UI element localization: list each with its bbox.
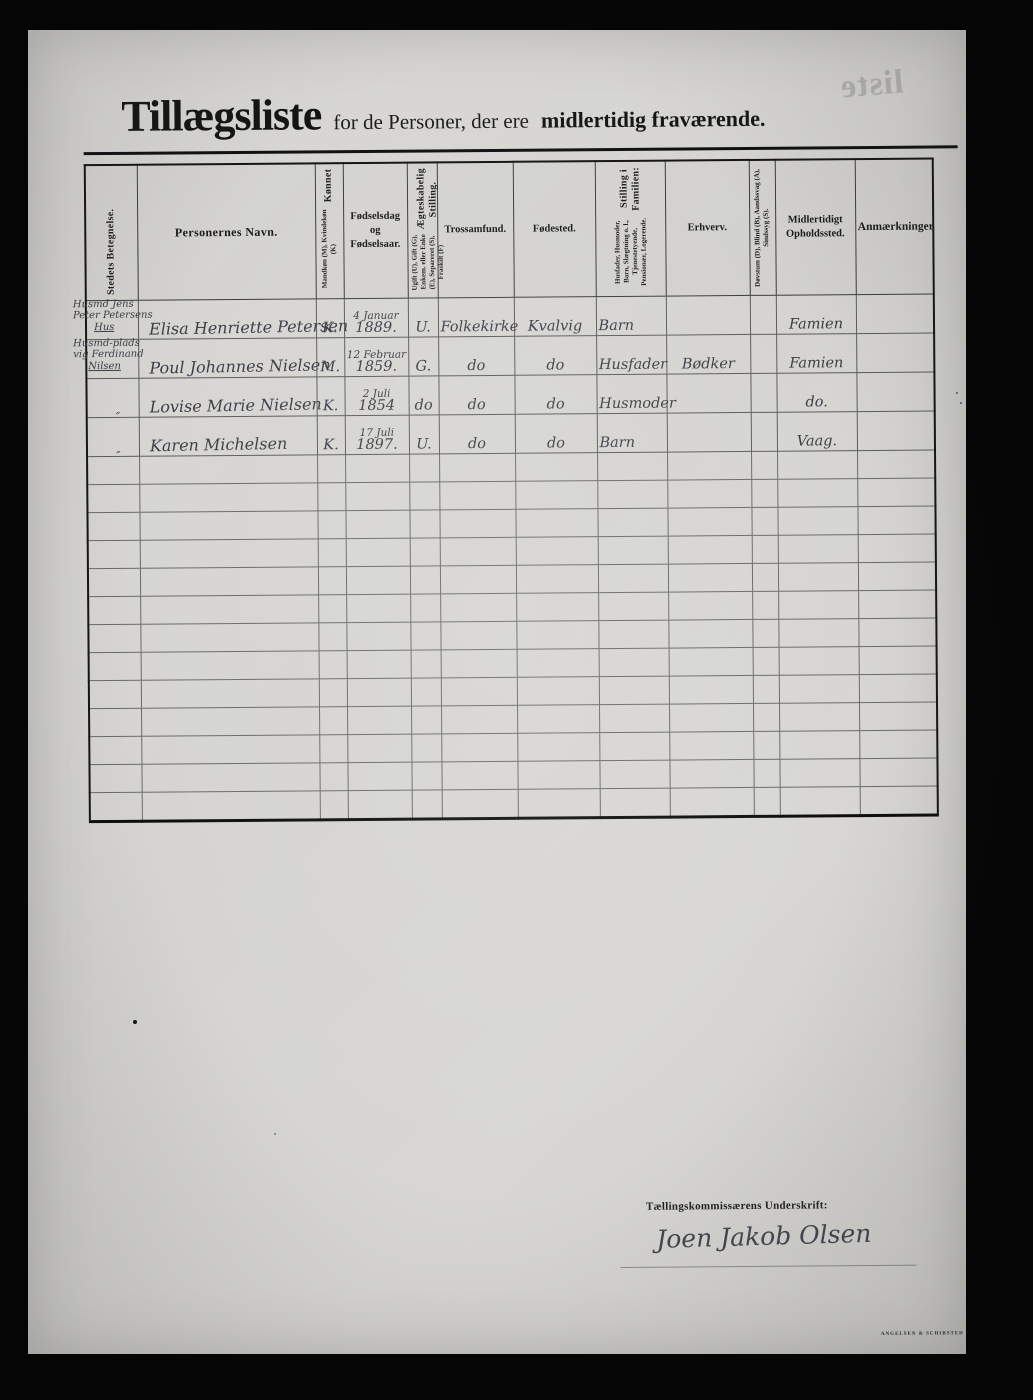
empty-cell-stilling: [598, 564, 668, 593]
empty-cell-fodested: [516, 593, 598, 622]
empty-cell-anm: [859, 730, 937, 759]
ink-dot: [960, 402, 962, 404]
column-header-dovstum: Døvstum (D), Blind (B), Aandssvag (A), S…: [749, 160, 776, 296]
empty-cell-stilling: [600, 788, 670, 818]
empty-cell-sted: [88, 568, 140, 596]
empty-cell-anm: [860, 786, 938, 816]
empty-cell-stilling: [597, 452, 667, 481]
empty-cell-navn: [140, 595, 318, 624]
empty-cell-fodested: [517, 649, 599, 678]
empty-cell-fodested: [515, 481, 597, 510]
signature-line: [620, 1265, 916, 1268]
page: liste Tillægsliste for de Personer, der …: [28, 30, 966, 1354]
empty-cell-kon: [318, 567, 346, 595]
empty-cell-fodt: [347, 650, 411, 679]
empty-cell-ophold: [778, 535, 858, 564]
cell-kon: K.: [316, 299, 344, 338]
cell-anm: [856, 333, 934, 373]
empty-cell-fodt: [345, 482, 409, 511]
empty-cell-erhverv: [669, 731, 753, 760]
empty-cell-ophold: [779, 703, 859, 732]
empty-cell-erhverv: [669, 759, 753, 788]
empty-cell-navn: [139, 483, 317, 512]
empty-cell-tro: [439, 453, 515, 482]
empty-cell-dovstum: [752, 535, 778, 563]
empty-cell-tro: [440, 593, 516, 622]
empty-cell-fodested: [517, 677, 599, 706]
cell-egteskab: U.: [409, 415, 439, 454]
empty-cell-erhverv: [670, 787, 754, 817]
empty-cell-egteskab: [411, 650, 441, 678]
empty-cell-stilling: [598, 620, 668, 649]
empty-cell-ophold: [779, 647, 859, 676]
empty-cell-erhverv: [668, 591, 752, 620]
empty-cell-ophold: [777, 479, 857, 508]
empty-cell-egteskab: [411, 762, 441, 790]
empty-cell-dovstum: [751, 479, 777, 507]
empty-cell-ophold: [779, 759, 859, 788]
empty-cell-stilling: [598, 592, 668, 621]
census-signature: Joen Jakob Olsen: [656, 1219, 872, 1254]
empty-cell-stilling: [599, 704, 669, 733]
cell-ophold: Vaag.: [777, 412, 857, 452]
empty-cell-stilling: [597, 508, 667, 537]
empty-cell-anm: [858, 618, 936, 647]
empty-cell-tro: [440, 537, 516, 566]
empty-cell-anm: [859, 674, 937, 703]
empty-cell-tro: [440, 565, 516, 594]
cell-fodested: do: [514, 375, 596, 415]
empty-cell-sted: [89, 736, 141, 764]
empty-cell-dovstum: [753, 759, 779, 787]
empty-cell-erhverv: [667, 451, 751, 480]
cell-fodested: Kvalvig: [514, 297, 596, 337]
empty-cell-fodested: [516, 621, 598, 650]
empty-cell-navn: [141, 763, 319, 792]
empty-cell-egteskab: [410, 538, 440, 566]
empty-cell-sted: [88, 540, 140, 568]
empty-cell-egteskab: [411, 706, 441, 734]
empty-cell-ophold: [777, 507, 857, 536]
cell-kon: K.: [316, 377, 344, 416]
column-header-anm: Anmærkninger: [855, 158, 934, 294]
empty-cell-tro: [441, 705, 517, 734]
empty-cell-sted: [89, 708, 141, 736]
empty-cell-egteskab: [409, 510, 439, 538]
cell-kon: M.: [316, 338, 344, 377]
empty-cell-dovstum: [752, 563, 778, 591]
empty-cell-dovstum: [751, 451, 777, 479]
ink-dot: [274, 1133, 276, 1135]
empty-cell-dovstum: [753, 675, 779, 703]
empty-cell-stilling: [599, 732, 669, 761]
cell-ophold: Famien: [776, 295, 856, 335]
empty-cell-fodested: [516, 565, 598, 594]
empty-cell-tro: [440, 621, 516, 650]
empty-cell-ophold: [778, 619, 858, 648]
cell-sted: ″: [86, 378, 138, 417]
cell-navn: Elisa Henriette Petersen: [138, 299, 316, 339]
empty-cell-anm: [857, 506, 935, 535]
cell-stilling: Husmoder: [596, 374, 666, 414]
empty-cell-egteskab: [411, 678, 441, 706]
empty-cell-stilling: [597, 480, 667, 509]
table-row: ″Lovise Marie NielsenK.2 Juli1854dododoH…: [86, 372, 934, 418]
cell-erhverv: Bødker: [666, 334, 750, 374]
empty-cell-stilling: [599, 760, 669, 789]
empty-cell-anm: [858, 534, 936, 563]
cell-ophold: do.: [776, 373, 856, 413]
empty-cell-fodt: [345, 510, 409, 539]
empty-cell-ophold: [779, 675, 859, 704]
empty-cell-kon: [317, 483, 345, 511]
empty-cell-erhverv: [667, 507, 751, 536]
cell-dovstum: [750, 373, 776, 412]
column-header-tro: Trossamfund.: [437, 162, 514, 298]
cell-dovstum: [751, 412, 777, 451]
empty-cell-egteskab: [412, 790, 442, 819]
column-header-fodt: FødselsdagogFødselsaar.: [343, 163, 408, 299]
empty-cell-sted: [88, 596, 140, 624]
empty-cell-tro: [441, 761, 517, 790]
empty-cell-dovstum: [751, 507, 777, 535]
empty-cell-sted: [87, 484, 139, 512]
title-main: Tillægsliste: [121, 89, 321, 142]
empty-cell-kon: [319, 679, 347, 707]
census-table: Stedets Betegnelse.Personernes Navn.Mand…: [84, 157, 939, 823]
signature-label: Tællingskommissærens Underskrift:: [646, 1199, 828, 1212]
cell-sted: Husmd JensPeter PetersensHus: [86, 300, 138, 339]
cell-navn: Lovise Marie Nielsen: [138, 377, 316, 417]
column-header-navn: Personernes Navn.: [137, 163, 316, 300]
empty-cell-navn: [142, 791, 320, 821]
empty-cell-erhverv: [668, 619, 752, 648]
empty-cell-tro: [441, 677, 517, 706]
cell-sted: ″: [87, 417, 139, 456]
cell-fodt: 17 Juli1897.: [345, 415, 409, 455]
table-body: Husmd JensPeter PetersensHusElisa Henrie…: [86, 294, 938, 822]
empty-cell-navn: [139, 455, 317, 484]
empty-cell-kon: [319, 707, 347, 735]
empty-cell-egteskab: [409, 454, 439, 482]
empty-cell-fodested: [515, 453, 597, 482]
empty-cell-tro: [441, 733, 517, 762]
empty-cell-kon: [319, 651, 347, 679]
empty-cell-fodt: [346, 566, 410, 595]
empty-cell-ophold: [778, 591, 858, 620]
cell-erhverv: [666, 373, 750, 413]
cell-tro: do: [439, 414, 515, 454]
empty-cell-fodt: [347, 734, 411, 763]
empty-cell-navn: [141, 679, 319, 708]
cell-ophold: Famien: [776, 334, 856, 374]
printer-mark: ANGELSEN & SCHIBSTED: [881, 1331, 964, 1337]
cell-dovstum: [750, 334, 776, 373]
table-row: Husmd JensPeter PetersensHusElisa Henrie…: [86, 294, 934, 340]
empty-cell-sted: [87, 512, 139, 540]
empty-cell-tro: [441, 649, 517, 678]
empty-cell-erhverv: [669, 703, 753, 732]
empty-cell-egteskab: [411, 734, 441, 762]
empty-cell-stilling: [599, 676, 669, 705]
empty-cell-fodested: [517, 733, 599, 762]
empty-cell-fodested: [515, 509, 597, 538]
empty-cell-fodt: [346, 622, 410, 651]
empty-cell-fodested: [518, 789, 600, 819]
cell-dovstum: [750, 295, 776, 334]
cell-kon: K.: [317, 416, 345, 455]
empty-cell-navn: [141, 707, 319, 736]
title-tail: midlertidig fraværende.: [541, 106, 766, 134]
cell-fodt: 4 Januar1889.: [344, 298, 408, 338]
cell-stilling: Husfader: [596, 335, 666, 375]
empty-cell-tro: [442, 789, 518, 819]
empty-cell-erhverv: [668, 535, 752, 564]
header-row: Stedets Betegnelse.Personernes Navn.Mand…: [85, 158, 934, 300]
empty-cell-fodt: [348, 790, 412, 820]
empty-cell-kon: [319, 763, 347, 791]
empty-cell-erhverv: [667, 479, 751, 508]
cell-anm: [856, 294, 934, 334]
empty-cell-fodt: [347, 706, 411, 735]
census-table-wrap: Stedets Betegnelse.Personernes Navn.Mand…: [84, 157, 939, 823]
column-header-fodested: Fødested.: [513, 161, 596, 297]
empty-cell-anm: [859, 758, 937, 787]
empty-cell-anm: [859, 646, 937, 675]
empty-cell-egteskab: [410, 566, 440, 594]
printed-content: Tillægsliste for de Personer, der ere mi…: [25, 26, 973, 1357]
title-rule: [84, 145, 958, 155]
column-header-kon: Mandkøn (M), Kvindekøn (K)Kønnet: [315, 163, 344, 299]
empty-cell-kon: [317, 455, 345, 483]
cell-fodt: 12 Februar1859.: [344, 337, 408, 377]
empty-cell-anm: [858, 562, 936, 591]
empty-cell-kon: [318, 623, 346, 651]
empty-cell-ophold: [779, 731, 859, 760]
cell-fodested: do: [514, 336, 596, 376]
empty-cell-sted: [89, 652, 141, 680]
empty-cell-anm: [857, 450, 935, 479]
empty-cell-fodested: [517, 761, 599, 790]
census-form-title: Tillægsliste for de Personer, der ere mi…: [121, 84, 951, 142]
empty-cell-anm: [859, 702, 937, 731]
cell-fodt: 2 Juli1854: [344, 376, 408, 416]
ink-dot: [956, 392, 958, 394]
cell-navn: Poul Johannes Nielsen: [138, 338, 316, 378]
empty-cell-dovstum: [753, 731, 779, 759]
cell-egteskab: G.: [408, 337, 438, 376]
empty-cell-erhverv: [669, 675, 753, 704]
cell-sted: Husmd-pladsvig FerdinandNilsen: [86, 339, 138, 378]
column-header-stilling: Husfader, Husmoder, Barn, Slægtning o. l…: [595, 161, 666, 297]
empty-cell-sted: [90, 792, 142, 821]
column-header-sted: Stedets Betegnelse.: [85, 165, 138, 301]
empty-cell-navn: [141, 651, 319, 680]
empty-cell-ophold: [777, 451, 857, 480]
empty-cell-egteskab: [410, 594, 440, 622]
ink-dot: [133, 1020, 137, 1024]
empty-cell-fodt: [346, 594, 410, 623]
empty-cell-navn: [140, 623, 318, 652]
empty-cell-dovstum: [753, 647, 779, 675]
empty-cell-erhverv: [669, 647, 753, 676]
cell-stilling: Barn: [597, 413, 667, 453]
cell-anm: [857, 411, 935, 451]
cell-tro: do: [438, 336, 514, 376]
empty-cell-fodt: [346, 538, 410, 567]
empty-cell-egteskab: [409, 482, 439, 510]
empty-cell-tro: [439, 481, 515, 510]
empty-cell-dovstum: [753, 703, 779, 731]
empty-cell-fodt: [347, 762, 411, 791]
empty-cell-kon: [318, 595, 346, 623]
empty-cell-anm: [858, 590, 936, 619]
empty-cell-navn: [139, 511, 317, 540]
empty-cell-egteskab: [410, 622, 440, 650]
cell-tro: do: [438, 375, 514, 415]
empty-cell-fodested: [517, 705, 599, 734]
title-mid: for de Personer, der ere: [333, 109, 529, 136]
empty-cell-fodt: [345, 454, 409, 483]
cell-anm: [856, 372, 934, 412]
empty-cell-kon: [320, 791, 348, 820]
table-row: ″Karen MichelsenK.17 Juli1897.U.dodoBarn…: [87, 411, 935, 457]
empty-cell-ophold: [778, 563, 858, 592]
empty-cell-tro: [439, 509, 515, 538]
cell-fodested: do: [515, 414, 597, 454]
empty-cell-stilling: [598, 536, 668, 565]
cell-egteskab: U.: [408, 298, 438, 337]
empty-cell-dovstum: [752, 591, 778, 619]
empty-cell-ophold: [780, 787, 860, 817]
empty-cell-navn: [141, 735, 319, 764]
empty-cell-dovstum: [752, 619, 778, 647]
empty-cell-fodt: [347, 678, 411, 707]
cell-tro: Folkekirke: [438, 297, 514, 337]
empty-cell-sted: [88, 624, 140, 652]
empty-cell-stilling: [599, 648, 669, 677]
empty-cell-anm: [857, 478, 935, 507]
cell-stilling: Barn: [596, 296, 666, 336]
cell-erhverv: [667, 412, 751, 452]
empty-cell-sted: [87, 456, 139, 484]
column-header-egteskab: Ugift (U), Gift (G), Enkem. eller Enke (…: [407, 162, 438, 298]
table-row: Husmd-pladsvig FerdinandNilsenPoul Johan…: [86, 333, 934, 379]
column-header-erhverv: Erhverv.: [665, 160, 750, 296]
empty-cell-kon: [318, 539, 346, 567]
empty-cell-kon: [319, 735, 347, 763]
cell-egteskab: do: [408, 376, 438, 415]
empty-cell-navn: [140, 567, 318, 596]
empty-cell-kon: [317, 511, 345, 539]
empty-cell-sted: [89, 764, 141, 792]
empty-cell-dovstum: [754, 787, 780, 816]
empty-cell-fodested: [516, 537, 598, 566]
column-header-ophold: MidlertidigtOpholdssted.: [775, 159, 856, 295]
empty-cell-sted: [89, 680, 141, 708]
table-head: Stedets Betegnelse.Personernes Navn.Mand…: [85, 158, 934, 300]
empty-cell-erhverv: [668, 563, 752, 592]
empty-cell-navn: [140, 539, 318, 568]
cell-navn: Karen Michelsen: [139, 416, 317, 456]
empty-table-row: [90, 786, 938, 822]
cell-erhverv: [666, 295, 750, 335]
